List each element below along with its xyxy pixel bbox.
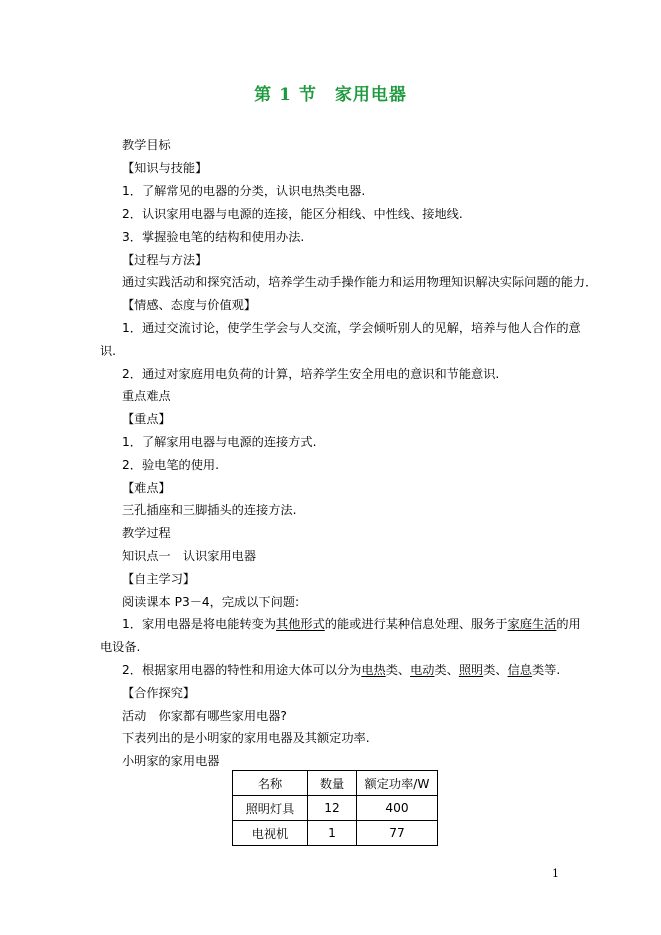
subheading-knowledge-skills: 【知识与技能】	[122, 160, 207, 176]
knowledge-point-title: 知识点一 认识家用电器	[122, 548, 256, 564]
answer-blank: 照明	[459, 663, 483, 677]
key-item: 2．验电笔的使用.	[122, 457, 219, 473]
goal-item: 2．认识家用电器与电源的连接，能区分相线、中性线、接地线.	[122, 206, 463, 222]
emotion-item-continuation: 识.	[100, 343, 116, 359]
question-2: 2．根据家用电器的特性和用途大体可以分为电热类、电动类、照明类、信息类等.	[122, 662, 560, 678]
table-cell: 77	[357, 821, 438, 846]
table-caption: 小明家的家用电器	[122, 753, 220, 769]
table-header-row: 名称 数量 额定功率/W	[233, 771, 438, 796]
subheading-emotion-values: 【情感、态度与价值观】	[122, 297, 256, 313]
table-cell: 400	[357, 796, 438, 821]
appliance-table: 名称 数量 额定功率/W 照明灯具 12 400 电视机 1 77	[232, 770, 438, 846]
table-row: 照明灯具 12 400	[233, 796, 438, 821]
answer-blank: 其他形式	[276, 617, 325, 631]
subheading-self-study: 【自主学习】	[122, 571, 195, 587]
answer-blank: 家庭生活	[508, 617, 557, 631]
page-title: 第 1 节家用电器	[0, 80, 661, 105]
emotion-item: 2．通过对家庭用电负荷的计算，培养学生安全用电的意识和节能意识.	[122, 366, 499, 382]
header-cell: 额定功率/W	[357, 771, 438, 796]
answer-blank: 信息	[508, 663, 532, 677]
reading-instruction: 阅读课本 P3－4，完成以下问题:	[122, 594, 299, 610]
header-cell: 名称	[233, 771, 308, 796]
goal-item: 1．了解常见的电器的分类，认识电热类电器.	[122, 183, 365, 199]
subheading-difficulty: 【难点】	[122, 480, 171, 496]
heading-teaching-goals: 教学目标	[122, 137, 171, 153]
difficulty-text: 三孔插座和三脚插头的连接方法.	[122, 502, 297, 518]
question-1-continuation: 电设备.	[100, 639, 140, 655]
table-cell: 1	[308, 821, 357, 846]
subheading-process-method: 【过程与方法】	[122, 252, 207, 268]
document-page: 第 1 节家用电器 教学目标 【知识与技能】 1．了解常见的电器的分类，认识电热…	[0, 0, 661, 935]
table-cell: 照明灯具	[233, 796, 308, 821]
activity-title: 活动 你家都有哪些家用电器?	[122, 708, 287, 724]
table-row: 电视机 1 77	[233, 821, 438, 846]
section-number: 第 1 节	[254, 85, 317, 105]
subheading-cooperative-inquiry: 【合作探究】	[122, 685, 195, 701]
goal-item: 3．掌握验电笔的结构和使用办法.	[122, 229, 304, 245]
answer-blank: 电热	[361, 663, 385, 677]
table-cell: 电视机	[233, 821, 308, 846]
emotion-item: 1．通过交流讨论，使学生学会与人交流，学会倾听别人的见解，培养与他人合作的意	[122, 320, 581, 336]
key-item: 1．了解家用电器与电源的连接方式.	[122, 434, 316, 450]
table-intro: 下表列出的是小明家的家用电器及其额定功率.	[122, 730, 370, 746]
heading-teaching-process: 教学过程	[122, 525, 171, 541]
process-text: 通过实践活动和探究活动，培养学生动手操作能力和运用物理知识解决实际问题的能力．	[122, 274, 597, 290]
answer-blank: 电动	[410, 663, 434, 677]
page-number: 1	[552, 867, 559, 880]
heading-key-points: 重点难点	[122, 388, 171, 404]
question-1: 1．家用电器是将电能转变为其他形式的能或进行某种信息处理、服务于家庭生活的用	[122, 616, 581, 632]
table-cell: 12	[308, 796, 357, 821]
subheading-key: 【重点】	[122, 411, 171, 427]
section-title: 家用电器	[335, 85, 407, 105]
header-cell: 数量	[308, 771, 357, 796]
